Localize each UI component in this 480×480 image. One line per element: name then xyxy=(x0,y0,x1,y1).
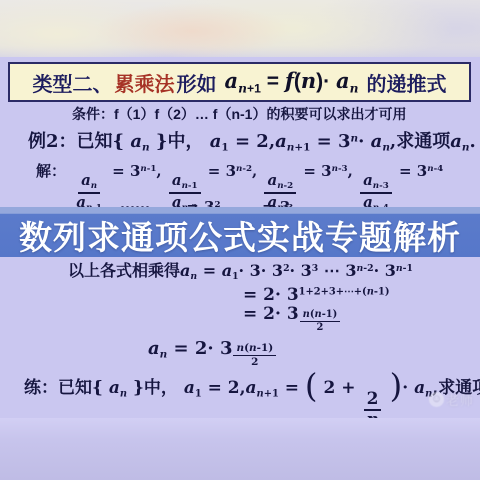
section-title-suffix: 的递推式 xyxy=(366,68,446,97)
result-line: an = 2· 3n(n-1)2 xyxy=(148,338,277,368)
multiply-line: 以上各式相乘得an = a1· 3· 32· 33 ⋯ 3n-2· 3n-1 xyxy=(68,258,413,282)
fraction-exponent-line: = 2· 3n(n-1)2 xyxy=(243,304,341,333)
sum-exponent-line: = 2· 31+2+3+⋯+(n-1) xyxy=(243,285,389,305)
section-title-method: 累乘法 xyxy=(115,68,175,97)
banner-title: 数列求通项公式实战专题解析 xyxy=(19,212,461,259)
watermark-label: 老师 xyxy=(446,390,474,409)
bottom-letterbox-blur xyxy=(0,418,480,480)
slide: 类型二、 累乘法 形如 an+1 = f(n)· an 的递推式 条件：f（1）… xyxy=(0,0,480,480)
lesson-content: 类型二、 累乘法 形如 an+1 = f(n)· an 的递推式 条件：f（1）… xyxy=(0,57,480,418)
top-letterbox-blur xyxy=(0,0,480,57)
section-title-prefix: 类型二、 xyxy=(33,68,113,97)
watermark: ☺ 老师 xyxy=(429,390,474,409)
section-title-bar: 类型二、 累乘法 形如 an+1 = f(n)· an 的递推式 xyxy=(8,62,471,102)
highlight-banner: 数列求通项公式实战专题解析 xyxy=(0,207,480,257)
section-title-formula: an+1 = f(n)· an xyxy=(225,68,359,95)
section-title-connector: 形如 xyxy=(177,68,217,97)
example-line: 例2：已知{ an }中， a1 = 2,an+1 = 3n· an,求通项an… xyxy=(28,127,476,154)
condition-line: 条件：f（1）f（2）… f（n-1）的积要可以求出才可用 xyxy=(72,104,406,124)
smiley-emoji-icon: ☺ xyxy=(429,392,444,407)
